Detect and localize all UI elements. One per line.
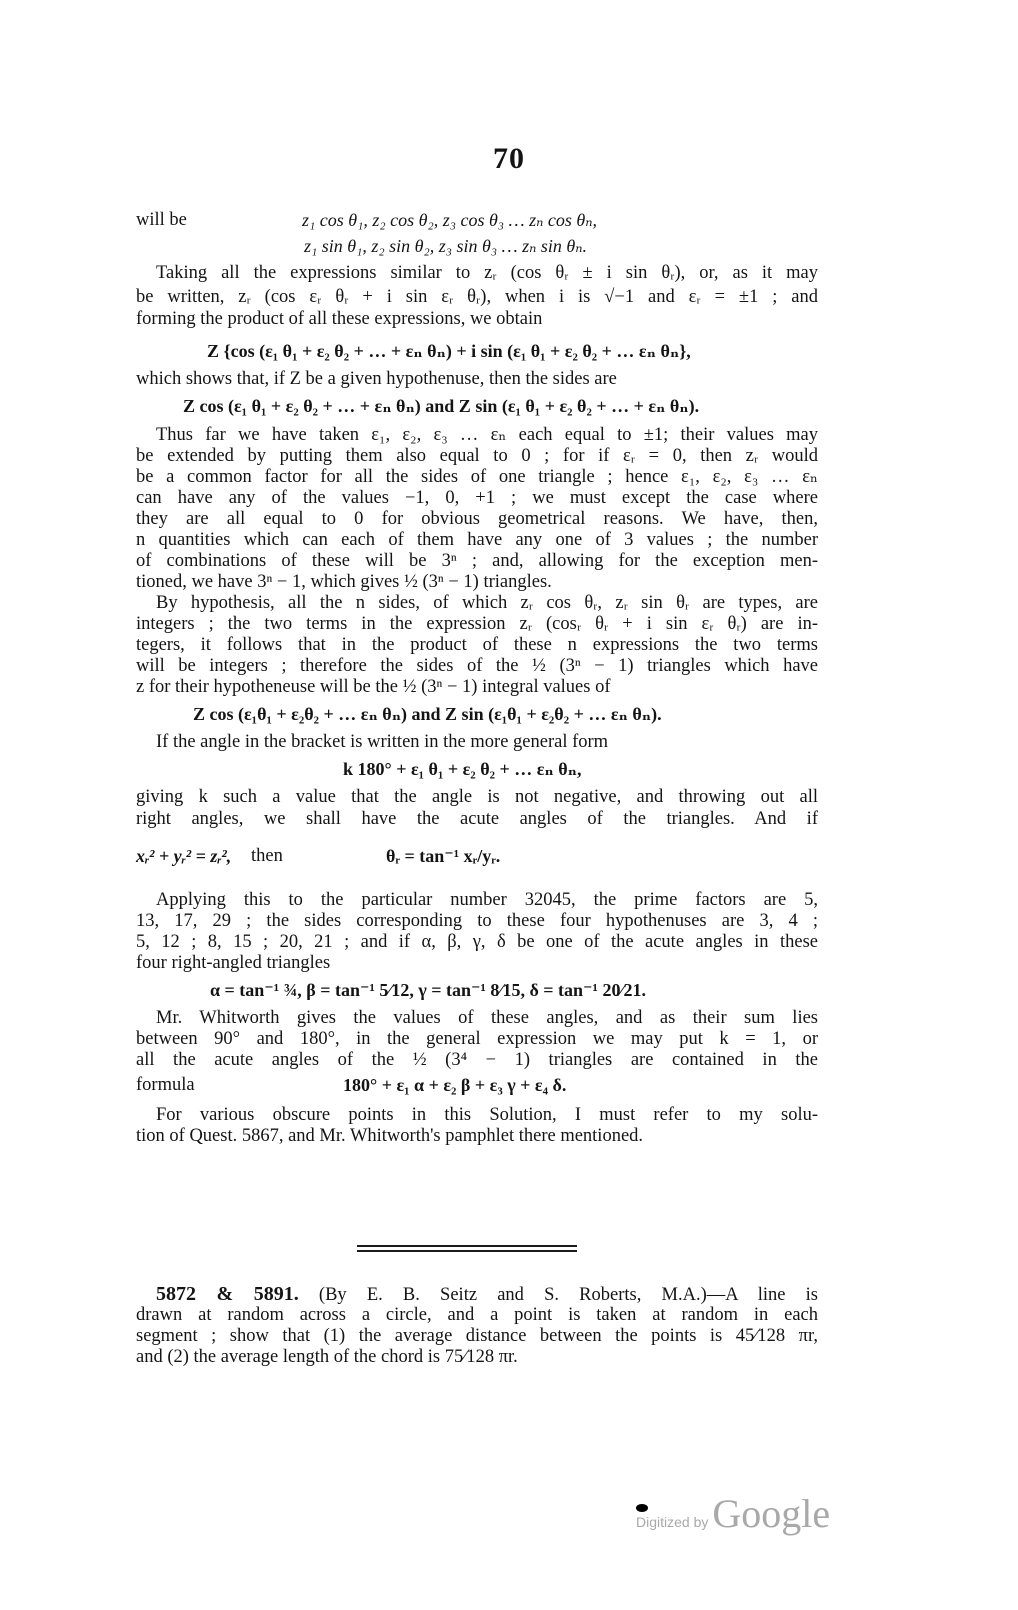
paragraph-line: they are all equal to 0 for obvious geom… — [136, 509, 818, 530]
paragraph-line: integers ; the two terms in the expressi… — [136, 614, 818, 635]
label-formula: formula — [136, 1075, 195, 1096]
paragraph-line: giving k such a value that the angle is … — [136, 787, 818, 808]
label-will-be: will be — [136, 210, 187, 231]
equation-formula: 180° + ε₁ α + ε₂ β + ε₃ γ + ε₄ δ. — [343, 1075, 566, 1096]
paragraph-line: four right-angled triangles — [136, 953, 818, 974]
paragraph-line: right angles, we shall have the acute an… — [136, 809, 818, 830]
paragraph-line: be a common factor for all the sides of … — [136, 467, 818, 488]
equation-theta: θᵣ = tan⁻¹ xᵣ/yᵣ. — [386, 846, 500, 867]
question-line: segment ; show that (1) the average dist… — [136, 1326, 818, 1347]
paragraph-line: can have any of the values −1, 0, +1 ; w… — [136, 488, 818, 509]
question-authors: (By E. B. Seitz and S. Roberts, M.A.)—A … — [319, 1285, 818, 1305]
watermark-small-text: Digitized by — [636, 1514, 708, 1530]
paragraph-line: be extended by putting them also equal t… — [136, 446, 818, 467]
section-divider — [357, 1250, 577, 1252]
section-divider — [357, 1245, 577, 1247]
equation-sin-list: z₁ sin θ₁, z₂ sin θ₂, z₃ sin θ₃ … zₙ sin… — [304, 236, 587, 257]
question-line: drawn at random across a circle, and a p… — [136, 1305, 818, 1326]
paragraph-line: tegers, it follows that in the product o… — [136, 635, 818, 656]
paragraph-line: z for their hypotheneuse will be the ½ (… — [136, 677, 818, 698]
paragraph-line: Mr. Whitworth gives the values of these … — [136, 1008, 818, 1029]
paragraph-line: n quantities which can each of them have… — [136, 530, 818, 551]
paragraph-line: tioned, we have 3ⁿ − 1, which gives ½ (3… — [136, 572, 818, 593]
google-logo-text: Google — [712, 1491, 830, 1536]
paragraph-line: Thus far we have taken ε₁, ε₂, ε₃ … εₙ e… — [136, 425, 818, 446]
paragraph-line: By hypothesis, all the n sides, of which… — [136, 593, 818, 614]
paragraph-line: be written, zᵣ (cos εᵣ θᵣ + i sin εᵣ θᵣ)… — [136, 287, 818, 308]
paragraph-line: If the angle in the bracket is written i… — [136, 732, 818, 753]
equation-cos-list: z₁ cos θ₁, z₂ cos θ₂, z₃ cos θ₃ … zₙ cos… — [302, 210, 597, 231]
paragraph-line: 13, 17, 29 ; the sides corresponding to … — [136, 911, 818, 932]
equation-sides: Z cos (ε₁ θ₁ + ε₂ θ₂ + … + εₙ θₙ) and Z … — [183, 396, 699, 417]
label-then: then — [251, 846, 283, 867]
paragraph-line: will be integers ; therefore the sides o… — [136, 656, 818, 677]
paragraph-line: Taking all the expressions similar to zᵣ… — [136, 263, 818, 284]
paragraph-line: Applying this to the particular number 3… — [136, 890, 818, 911]
page-number: 70 — [0, 142, 1018, 176]
equation-product: Z {cos (ε₁ θ₁ + ε₂ θ₂ + … + εₙ θₙ) + i s… — [207, 341, 691, 362]
equation-integral-values: Z cos (ε₁θ₁ + ε₂θ₂ + … εₙ θₙ) and Z sin … — [193, 704, 662, 725]
question-line: 5872 & 5891. (By E. B. Seitz and S. Robe… — [136, 1284, 818, 1306]
paragraph-line: all the acute angles of the ½ (3⁴ − 1) t… — [136, 1050, 818, 1071]
paragraph-line: of combinations of these will be 3ⁿ ; an… — [136, 551, 818, 572]
paragraph-line: forming the product of all these express… — [136, 309, 818, 330]
question-line: and (2) the average length of the chord … — [136, 1347, 818, 1368]
google-watermark: Digitized by Google — [636, 1490, 830, 1537]
paragraph-line: which shows that, if Z be a given hypoth… — [136, 369, 818, 390]
paragraph-line: 5, 12 ; 8, 15 ; 20, 21 ; and if α, β, γ,… — [136, 932, 818, 953]
paragraph-line: tion of Quest. 5867, and Mr. Whitworth's… — [136, 1126, 818, 1147]
equation-pythagoras: xᵣ² + yᵣ² = zᵣ², — [136, 846, 231, 867]
equation-general-form: k 180° + ε₁ θ₁ + ε₂ θ₂ + … εₙ θₙ, — [343, 759, 582, 780]
question-number: 5872 & 5891. — [156, 1283, 299, 1305]
equation-angles: α = tan⁻¹ ¾, β = tan⁻¹ 5⁄12, γ = tan⁻¹ 8… — [210, 980, 646, 1001]
paragraph-line: For various obscure points in this Solut… — [136, 1105, 818, 1126]
paragraph-line: between 90° and 180°, in the general exp… — [136, 1029, 818, 1050]
